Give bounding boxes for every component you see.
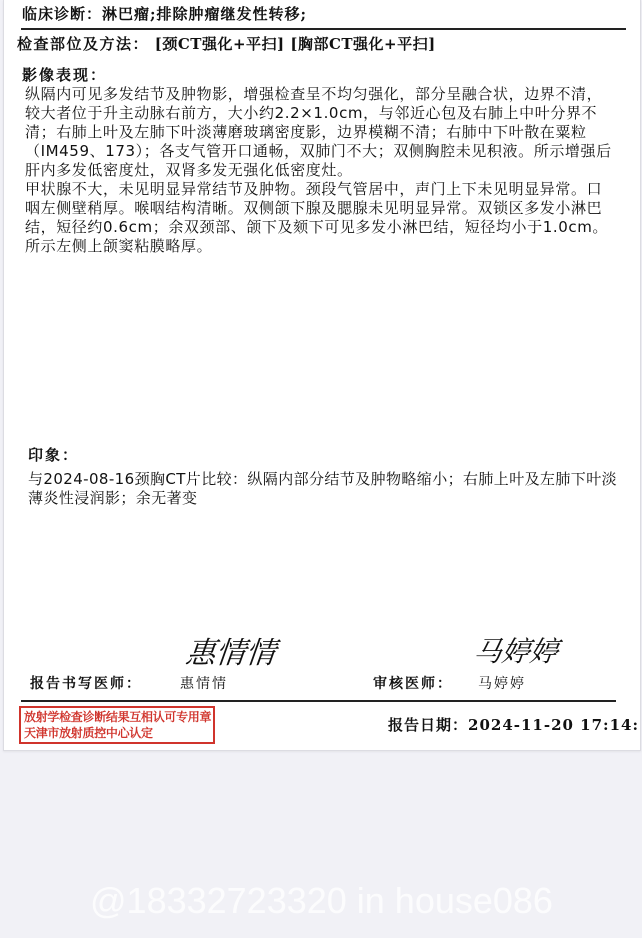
divider-bottom	[21, 700, 616, 702]
report-date: 报告日期：2024-11-20 17:14:3	[388, 714, 638, 735]
writer-name: 惠情情	[180, 673, 228, 693]
findings-paragraph: 纵隔内可见多发结节及肿物影，增强检查呈不均匀强化，部分呈融合状，边界不清，较大者…	[25, 85, 615, 180]
reviewer-signature: 马婷婷	[472, 630, 560, 670]
certification-stamp: 放射学检查诊断结果互相认可专用章 天津市放射质控中心认定	[19, 706, 215, 744]
writer-signature: 惠情情	[184, 628, 279, 672]
divider-top	[21, 28, 626, 30]
findings-paragraph: 甲状腺不大，未见明显异常结节及肿物。颈段气管居中，声门上下未见明显异常。口咽左侧…	[25, 180, 615, 256]
report-date-value: 2024-11-20 17:14:3	[468, 716, 638, 734]
findings-title: 影像表现：	[22, 64, 107, 85]
stamp-line: 天津市放射质控中心认定	[24, 725, 210, 741]
clinical-diagnosis-label: 临床诊断：	[22, 5, 102, 23]
report-date-label: 报告日期：	[388, 716, 468, 734]
exam-method-item: [胸部CT强化+平扫]	[290, 35, 435, 53]
exam-method-label: 检查部位及方法：	[17, 35, 149, 53]
reviewer-label: 审核医师：	[373, 673, 453, 693]
watermark: @18332723320 in house086	[90, 880, 553, 922]
clinical-diagnosis-value: 淋巴瘤;排除肿瘤继发性转移;	[102, 5, 307, 23]
reviewer-name: 马婷婷	[478, 673, 526, 693]
findings-body: 纵隔内可见多发结节及肿物影，增强检查呈不均匀强化，部分呈融合状，边界不清，较大者…	[25, 85, 615, 256]
clinical-diagnosis: 临床诊断：淋巴瘤;排除肿瘤继发性转移;	[22, 3, 307, 24]
exam-method: 检查部位及方法： [颈CT强化+平扫] [胸部CT强化+平扫]	[17, 33, 436, 54]
writer-label: 报告书写医师：	[30, 673, 142, 693]
stamp-line: 放射学检查诊断结果互相认可专用章	[24, 709, 210, 725]
exam-method-item: [颈CT强化+平扫]	[155, 35, 285, 53]
impression-title: 印象：	[28, 444, 79, 465]
impression-body: 与2024-08-16颈胸CT片比较：纵隔内部分结节及肿物略缩小；右肺上叶及左肺…	[28, 470, 618, 508]
